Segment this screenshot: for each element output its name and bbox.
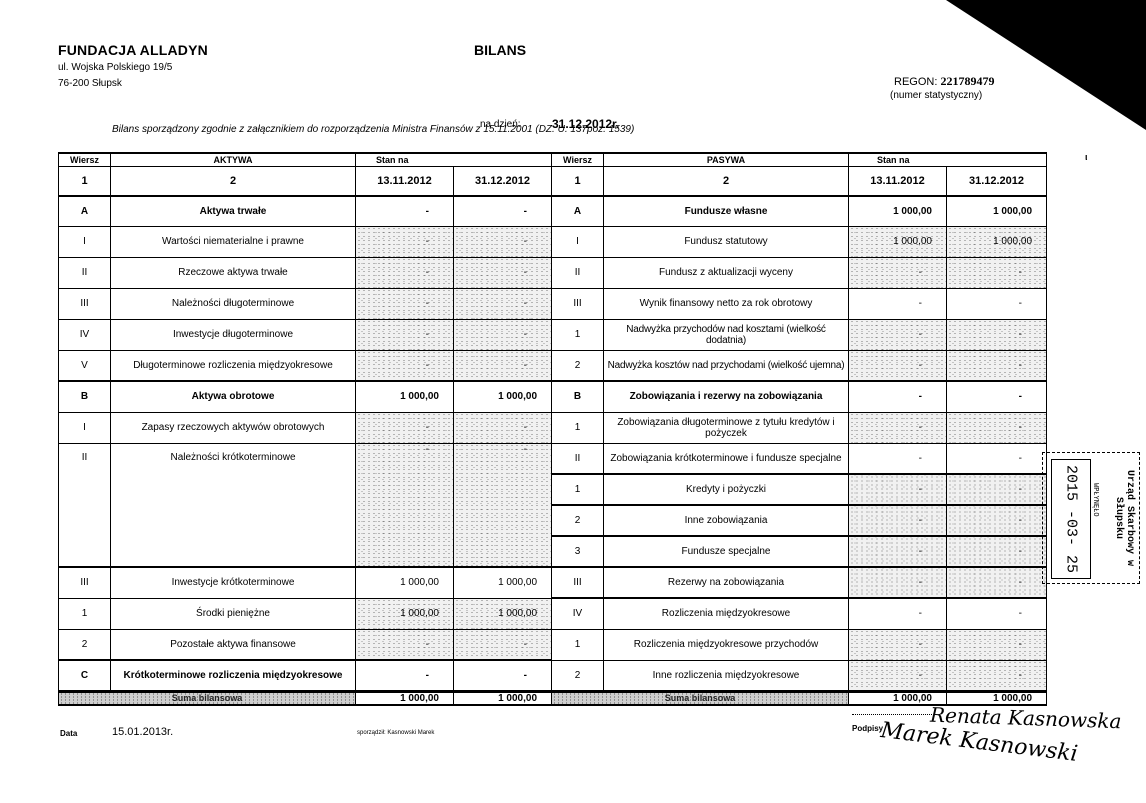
stamp-office: Urząd Skarbowy w Słupsku bbox=[1105, 453, 1135, 583]
row-value-1: - bbox=[849, 567, 947, 598]
row-value-2: - bbox=[454, 629, 552, 660]
date-column-2: 31.12.2012 bbox=[947, 167, 1047, 197]
row-label: Inwestycje długoterminowe bbox=[111, 319, 356, 350]
col-number: 1 bbox=[552, 167, 604, 197]
total-label: Suma bilansowa bbox=[552, 691, 849, 705]
row-value-1: - bbox=[356, 319, 454, 350]
total-label: Suma bilansowa bbox=[59, 691, 356, 705]
row-id: 2 bbox=[59, 629, 111, 660]
row-label: Pozostałe aktywa finansowe bbox=[111, 629, 356, 660]
table-row: IIFundusz z aktualizacji wyceny-- bbox=[552, 257, 1047, 288]
row-label: Fundusze własne bbox=[604, 196, 849, 226]
row-id: III bbox=[552, 288, 604, 319]
row-label: Zapasy rzeczowych aktywów obrotowych bbox=[111, 412, 356, 443]
row-value-1: 1 000,00 bbox=[849, 226, 947, 257]
row-value-1: 1 000,00 bbox=[849, 196, 947, 226]
row-label: Aktywa obrotowe bbox=[111, 381, 356, 412]
table-row: 1Rozliczenia międzyokresowe przychodów-- bbox=[552, 629, 1047, 660]
row-value-2: - bbox=[947, 629, 1047, 660]
table-row: IWartości niematerialne i prawne-- bbox=[59, 226, 552, 257]
table-row: IINależności krótkoterminowe-- bbox=[59, 443, 552, 567]
col-liabilities-header: PASYWA bbox=[604, 153, 849, 167]
assets-total-row: Suma bilansowa 1 000,00 1 000,00 bbox=[59, 691, 552, 705]
signatures-label: Podpisy bbox=[852, 724, 883, 733]
assets-table: Wiersz AKTYWA Stan na 1 2 13.11.2012 31.… bbox=[58, 152, 552, 706]
date-column-1: 13.11.2012 bbox=[356, 167, 454, 197]
row-label: Zobowiązania krótkoterminowe i fundusze … bbox=[604, 443, 849, 474]
row-value-2: 1 000,00 bbox=[454, 598, 552, 629]
row-label: Aktywa trwałe bbox=[111, 196, 356, 226]
row-label: Należności długoterminowe bbox=[111, 288, 356, 319]
table-row: 2Inne zobowiązania-- bbox=[552, 505, 1047, 536]
row-label: Zobowiązania długoterminowe z tytułu kre… bbox=[604, 412, 849, 443]
liabilities-table: Wiersz PASYWA Stan na 1 2 13.11.2012 31.… bbox=[551, 152, 1047, 706]
row-value-1: - bbox=[356, 629, 454, 660]
regon-label: REGON: bbox=[894, 76, 937, 88]
row-label: Fundusz z aktualizacji wyceny bbox=[604, 257, 849, 288]
row-value-1: - bbox=[849, 598, 947, 629]
row-id: III bbox=[59, 567, 111, 598]
row-label: Zobowiązania i rezerwy na zobowiązania bbox=[604, 381, 849, 412]
row-label: Fundusz statutowy bbox=[604, 226, 849, 257]
regon-value: 221789479 bbox=[940, 74, 994, 88]
row-label: Kredyty i pożyczki bbox=[604, 474, 849, 505]
row-value-2: - bbox=[947, 598, 1047, 629]
row-value-2: - bbox=[947, 350, 1047, 381]
row-value-2: - bbox=[947, 505, 1047, 536]
table-row: IIZobowiązania krótkoterminowe i fundusz… bbox=[552, 443, 1047, 474]
row-value-2: - bbox=[454, 319, 552, 350]
row-value-2: 1 000,00 bbox=[454, 567, 552, 598]
row-id: B bbox=[59, 381, 111, 412]
row-value-2: - bbox=[947, 660, 1047, 691]
table-row: IIIRezerwy na zobowiązania-- bbox=[552, 567, 1047, 598]
row-value-2: - bbox=[454, 226, 552, 257]
row-id: I bbox=[552, 226, 604, 257]
row-label: Krótkoterminowe rozliczenia międzyokreso… bbox=[111, 660, 356, 691]
liabilities-total-row: Suma bilansowa 1 000,00 1 000,00 bbox=[552, 691, 1047, 705]
row-id: 2 bbox=[552, 660, 604, 691]
table-row: 1Zobowiązania długoterminowe z tytułu kr… bbox=[552, 412, 1047, 443]
row-label: Nadwyżka przychodów nad kosztami (wielko… bbox=[604, 319, 849, 350]
table-row: 1Środki pieniężne1 000,001 000,00 bbox=[59, 598, 552, 629]
row-id: 3 bbox=[552, 536, 604, 567]
row-value-2: 1 000,00 bbox=[454, 381, 552, 412]
table-row: IVInwestycje długoterminowe-- bbox=[59, 319, 552, 350]
row-id: IV bbox=[552, 598, 604, 629]
row-value-1: - bbox=[356, 443, 454, 567]
row-id: II bbox=[59, 257, 111, 288]
row-value-2: - bbox=[454, 412, 552, 443]
table-row: IIIWynik finansowy netto za rok obrotowy… bbox=[552, 288, 1047, 319]
row-value-2: - bbox=[454, 257, 552, 288]
col-number: 2 bbox=[111, 167, 356, 197]
signature-line bbox=[852, 714, 932, 715]
row-id: 1 bbox=[552, 412, 604, 443]
row-value-1: - bbox=[849, 443, 947, 474]
row-value-2: - bbox=[947, 381, 1047, 412]
row-id: C bbox=[59, 660, 111, 691]
row-value-1: - bbox=[849, 381, 947, 412]
row-value-2: - bbox=[947, 443, 1047, 474]
row-value-2: - bbox=[454, 443, 552, 567]
row-label: Nadwyżka kosztów nad przychodami (wielko… bbox=[604, 350, 849, 381]
row-value-1: 1 000,00 bbox=[356, 598, 454, 629]
prepared-by: sporządził: Kasnowski Marek bbox=[357, 730, 434, 736]
row-value-2: - bbox=[454, 660, 552, 691]
row-id: A bbox=[59, 196, 111, 226]
row-id: V bbox=[59, 350, 111, 381]
footer-date-label: Data bbox=[60, 729, 77, 738]
row-id: II bbox=[552, 443, 604, 474]
row-label: Długoterminowe rozliczenia międzyokresow… bbox=[111, 350, 356, 381]
col-state-header: Stan na bbox=[849, 153, 1047, 167]
col-assets-header: AKTYWA bbox=[111, 153, 356, 167]
table-row: CKrótkoterminowe rozliczenia międzyokres… bbox=[59, 660, 552, 691]
table-row: 2Inne rozliczenia międzyokresowe-- bbox=[552, 660, 1047, 691]
table-row: IZapasy rzeczowych aktywów obrotowych-- bbox=[59, 412, 552, 443]
table-row: IFundusz statutowy1 000,001 000,00 bbox=[552, 226, 1047, 257]
row-label: Rezerwy na zobowiązania bbox=[604, 567, 849, 598]
row-value-1: - bbox=[849, 660, 947, 691]
row-value-2: - bbox=[454, 288, 552, 319]
row-label: Rzeczowe aktywa trwałe bbox=[111, 257, 356, 288]
row-id: III bbox=[59, 288, 111, 319]
row-value-1: - bbox=[849, 257, 947, 288]
row-value-2: - bbox=[947, 412, 1047, 443]
row-id: I bbox=[59, 226, 111, 257]
row-value-2: - bbox=[947, 474, 1047, 505]
address-line-1: ul. Wojska Polskiego 19/5 bbox=[58, 62, 172, 73]
row-value-2: - bbox=[947, 567, 1047, 598]
table-row: IIINależności długoterminowe-- bbox=[59, 288, 552, 319]
row-value-1: - bbox=[849, 412, 947, 443]
row-value-1: - bbox=[356, 257, 454, 288]
col-row-header: Wiersz bbox=[552, 153, 604, 167]
col-number: 2 bbox=[604, 167, 849, 197]
document-title: BILANS bbox=[474, 42, 526, 58]
scan-corner-artifact bbox=[946, 0, 1146, 130]
total-value-1: 1 000,00 bbox=[356, 691, 454, 705]
legal-basis: Bilans sporządzony zgodnie z załącznikie… bbox=[112, 124, 634, 135]
regon-description: (numer statystyczny) bbox=[890, 90, 982, 101]
total-value-2: 1 000,00 bbox=[454, 691, 552, 705]
row-label: Inwestycje krótkoterminowe bbox=[111, 567, 356, 598]
row-value-1: - bbox=[356, 226, 454, 257]
row-label: Należności krótkoterminowe bbox=[111, 443, 356, 567]
footer-date: 15.01.2013r. bbox=[112, 726, 173, 738]
row-value-1: - bbox=[849, 474, 947, 505]
row-value-1: - bbox=[849, 350, 947, 381]
row-value-1: - bbox=[356, 350, 454, 381]
row-id: I bbox=[59, 412, 111, 443]
row-value-1: - bbox=[849, 536, 947, 567]
row-label: Wynik finansowy netto za rok obrotowy bbox=[604, 288, 849, 319]
row-id: B bbox=[552, 381, 604, 412]
table-row: BAktywa obrotowe1 000,001 000,00 bbox=[59, 381, 552, 412]
row-value-1: - bbox=[849, 288, 947, 319]
pen-mark: ι bbox=[1085, 152, 1088, 162]
organization-name: FUNDACJA ALLADYN bbox=[58, 42, 208, 58]
row-value-2: 1 000,00 bbox=[947, 226, 1047, 257]
row-label: Fundusze specjalne bbox=[604, 536, 849, 567]
row-label: Inne zobowiązania bbox=[604, 505, 849, 536]
row-id: II bbox=[59, 443, 111, 567]
row-id: 1 bbox=[552, 629, 604, 660]
row-label: Rozliczenia międzyokresowe przychodów bbox=[604, 629, 849, 660]
receipt-stamp: Urząd Skarbowy w Słupsku WPŁYNĘŁO 2015 -… bbox=[1042, 452, 1140, 584]
table-row: 2Pozostałe aktywa finansowe-- bbox=[59, 629, 552, 660]
address-line-2: 76-200 Słupsk bbox=[58, 78, 122, 89]
table-row: BZobowiązania i rezerwy na zobowiązania-… bbox=[552, 381, 1047, 412]
row-label: Inne rozliczenia międzyokresowe bbox=[604, 660, 849, 691]
row-id: 1 bbox=[59, 598, 111, 629]
row-value-1: - bbox=[356, 660, 454, 691]
row-value-2: - bbox=[947, 319, 1047, 350]
row-value-1: 1 000,00 bbox=[356, 567, 454, 598]
table-row: AFundusze własne1 000,001 000,00 bbox=[552, 196, 1047, 226]
table-row: AAktywa trwałe-- bbox=[59, 196, 552, 226]
table-row: IVRozliczenia międzyokresowe-- bbox=[552, 598, 1047, 629]
row-label: Wartości niematerialne i prawne bbox=[111, 226, 356, 257]
row-value-1: - bbox=[356, 196, 454, 226]
row-value-1: - bbox=[356, 412, 454, 443]
row-label: Środki pieniężne bbox=[111, 598, 356, 629]
row-id: III bbox=[552, 567, 604, 598]
row-id: 2 bbox=[552, 350, 604, 381]
table-row: IIRzeczowe aktywa trwałe-- bbox=[59, 257, 552, 288]
table-row: 1Kredyty i pożyczki-- bbox=[552, 474, 1047, 505]
row-value-2: - bbox=[454, 350, 552, 381]
row-value-1: - bbox=[849, 629, 947, 660]
row-value-2: - bbox=[947, 288, 1047, 319]
row-id: 1 bbox=[552, 474, 604, 505]
row-id: II bbox=[552, 257, 604, 288]
col-number: 1 bbox=[59, 167, 111, 197]
regon: REGON: 221789479 bbox=[894, 74, 994, 89]
table-row: IIIInwestycje krótkoterminowe1 000,001 0… bbox=[59, 567, 552, 598]
row-value-2: 1 000,00 bbox=[947, 196, 1047, 226]
row-id: 1 bbox=[552, 319, 604, 350]
stamp-date: 2015 -03- 25 bbox=[1051, 459, 1091, 579]
row-id: 2 bbox=[552, 505, 604, 536]
col-row-header: Wiersz bbox=[59, 153, 111, 167]
row-value-1: - bbox=[849, 505, 947, 536]
row-value-1: - bbox=[356, 288, 454, 319]
date-column-2: 31.12.2012 bbox=[454, 167, 552, 197]
row-id: A bbox=[552, 196, 604, 226]
row-value-1: 1 000,00 bbox=[356, 381, 454, 412]
row-value-1: - bbox=[849, 319, 947, 350]
row-label: Rozliczenia międzyokresowe bbox=[604, 598, 849, 629]
row-value-2: - bbox=[454, 196, 552, 226]
row-id: IV bbox=[59, 319, 111, 350]
table-row: VDługoterminowe rozliczenia międzyokreso… bbox=[59, 350, 552, 381]
table-row: 3Fundusze specjalne-- bbox=[552, 536, 1047, 567]
col-state-header: Stan na bbox=[356, 153, 552, 167]
stamp-subtext: WPŁYNĘŁO bbox=[1091, 483, 1099, 563]
row-value-2: - bbox=[947, 536, 1047, 567]
date-column-1: 13.11.2012 bbox=[849, 167, 947, 197]
total-value-2: 1 000,00 bbox=[947, 691, 1047, 705]
table-row: 1Nadwyżka przychodów nad kosztami (wielk… bbox=[552, 319, 1047, 350]
table-row: 2Nadwyżka kosztów nad przychodami (wielk… bbox=[552, 350, 1047, 381]
row-value-2: - bbox=[947, 257, 1047, 288]
